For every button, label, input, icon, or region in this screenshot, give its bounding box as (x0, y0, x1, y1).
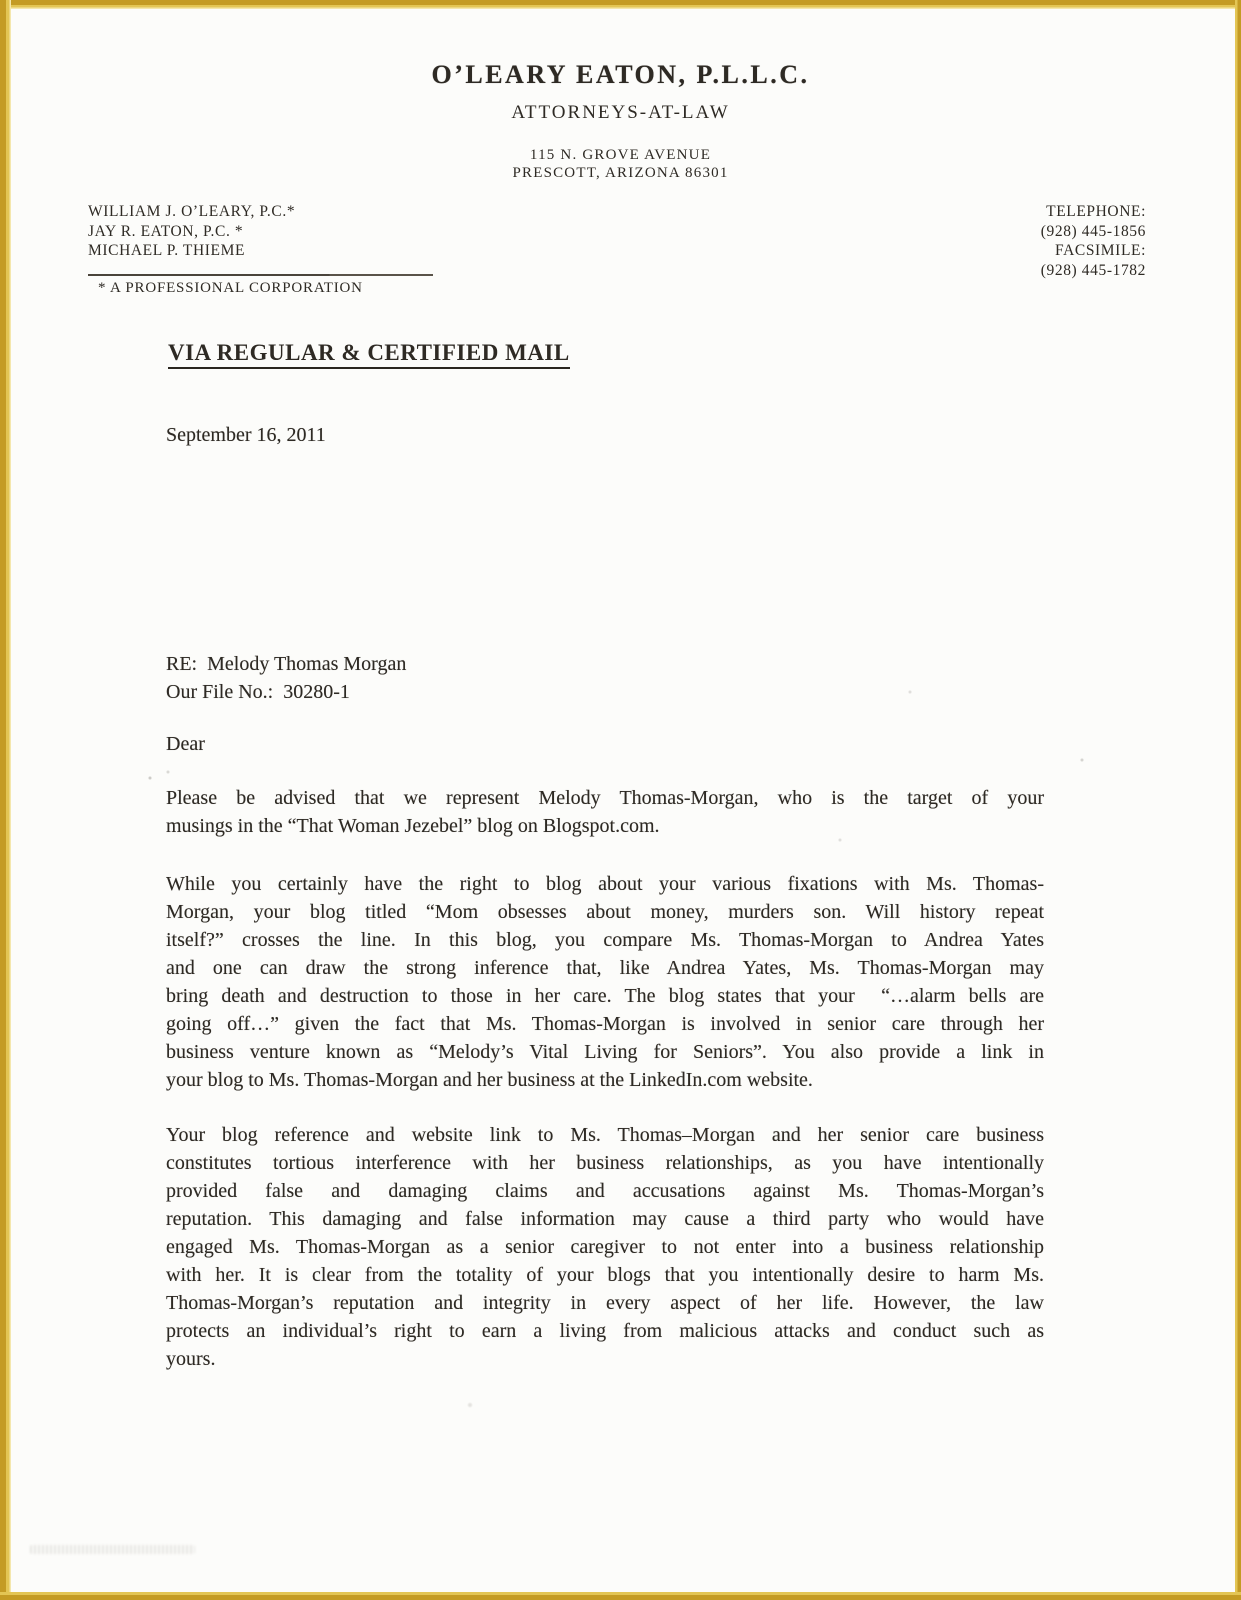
letter-line: TELEPHONE: (1041, 202, 1146, 222)
letter-line: constitutes tortious interference with h… (166, 1149, 1044, 1177)
attorney-list: WILLIAM J. O’LEARY, P.C.*JAY R. EATON, P… (88, 202, 295, 261)
letter-line: business venture known as “Melody’s Vita… (166, 1038, 1044, 1066)
letter-line: While you certainly have the right to bl… (166, 870, 1044, 898)
scanned-letter-page: O’LEARY EATON, P.L.L.C. ATTORNEYS-AT-LAW… (0, 0, 1241, 1600)
letter-line: bring death and destruction to those in … (166, 982, 1044, 1010)
paragraph-2: While you certainly have the right to bl… (166, 870, 1044, 1094)
salutation: Dear (166, 733, 205, 756)
letter-line: WILLIAM J. O’LEARY, P.C.* (88, 202, 295, 222)
letter-line: MICHAEL P. THIEME (88, 241, 295, 261)
letter-line: PRESCOTT, ARIZONA 86301 (0, 164, 1241, 182)
letter-line: going off…” given the fact that Ms. Thom… (166, 1010, 1044, 1038)
frame-border-bottom (0, 1592, 1241, 1600)
letter-line: 115 N. GROVE AVENUE (0, 146, 1241, 164)
letter-line: JAY R. EATON, P.C. * (88, 222, 295, 242)
letter-line: reputation. This damaging and false info… (166, 1205, 1044, 1233)
firm-name: O’LEARY EATON, P.L.L.C. (0, 60, 1241, 90)
letter-line: your blog to Ms. Thomas-Morgan and her b… (166, 1066, 1044, 1094)
paragraph-3: Your blog reference and website link to … (166, 1121, 1044, 1373)
contact-block: TELEPHONE:(928) 445-1856FACSIMILE:(928) … (1041, 202, 1146, 280)
frame-border-top (0, 0, 1241, 9)
letter-line: and one can draw the strong inference th… (166, 954, 1044, 982)
paragraph-1: Please be advised that we represent Melo… (166, 784, 1044, 840)
letter-line: (928) 445-1856 (1041, 222, 1146, 242)
letter-line: Thomas-Morgan’s reputation and integrity… (166, 1289, 1044, 1317)
letter-line: yours. (166, 1345, 1044, 1373)
letter-line: Please be advised that we represent Melo… (166, 784, 1044, 812)
letter-line: musings in the “That Woman Jezebel” blog… (166, 812, 1044, 840)
professional-corporation-footnote: * A PROFESSIONAL CORPORATION (98, 280, 363, 297)
letter-line: Your blog reference and website link to … (166, 1121, 1044, 1149)
footer-watermark (30, 1545, 195, 1554)
letter-line: Morgan, your blog titled “Mom obsesses a… (166, 898, 1044, 926)
letter-line: (928) 445-1782 (1041, 261, 1146, 281)
frame-border-left (0, 0, 11, 1600)
attorney-divider-line (88, 274, 433, 276)
re-block: RE: Melody Thomas MorganOur File No.: 30… (166, 650, 406, 706)
letter-date: September 16, 2011 (166, 424, 326, 447)
letter-line: Our File No.: 30280-1 (166, 678, 406, 706)
delivery-method-heading: VIA REGULAR & CERTIFIED MAIL (168, 340, 570, 369)
letter-line: FACSIMILE: (1041, 241, 1146, 261)
letter-line: protects an individual’s right to earn a… (166, 1317, 1044, 1345)
letter-line: provided false and damaging claims and a… (166, 1177, 1044, 1205)
frame-border-right (1235, 0, 1241, 1600)
firm-address: 115 N. GROVE AVENUEPRESCOTT, ARIZONA 863… (0, 146, 1241, 182)
letter-line: engaged Ms. Thomas-Morgan as a senior ca… (166, 1233, 1044, 1261)
firm-tagline: ATTORNEYS-AT-LAW (0, 102, 1241, 124)
letter-line: with her. It is clear from the totality … (166, 1261, 1044, 1289)
letter-line: itself?” crosses the line. In this blog,… (166, 926, 1044, 954)
delivery-method-text: VIA REGULAR & CERTIFIED MAIL (168, 340, 570, 369)
letter-line: RE: Melody Thomas Morgan (166, 650, 406, 678)
